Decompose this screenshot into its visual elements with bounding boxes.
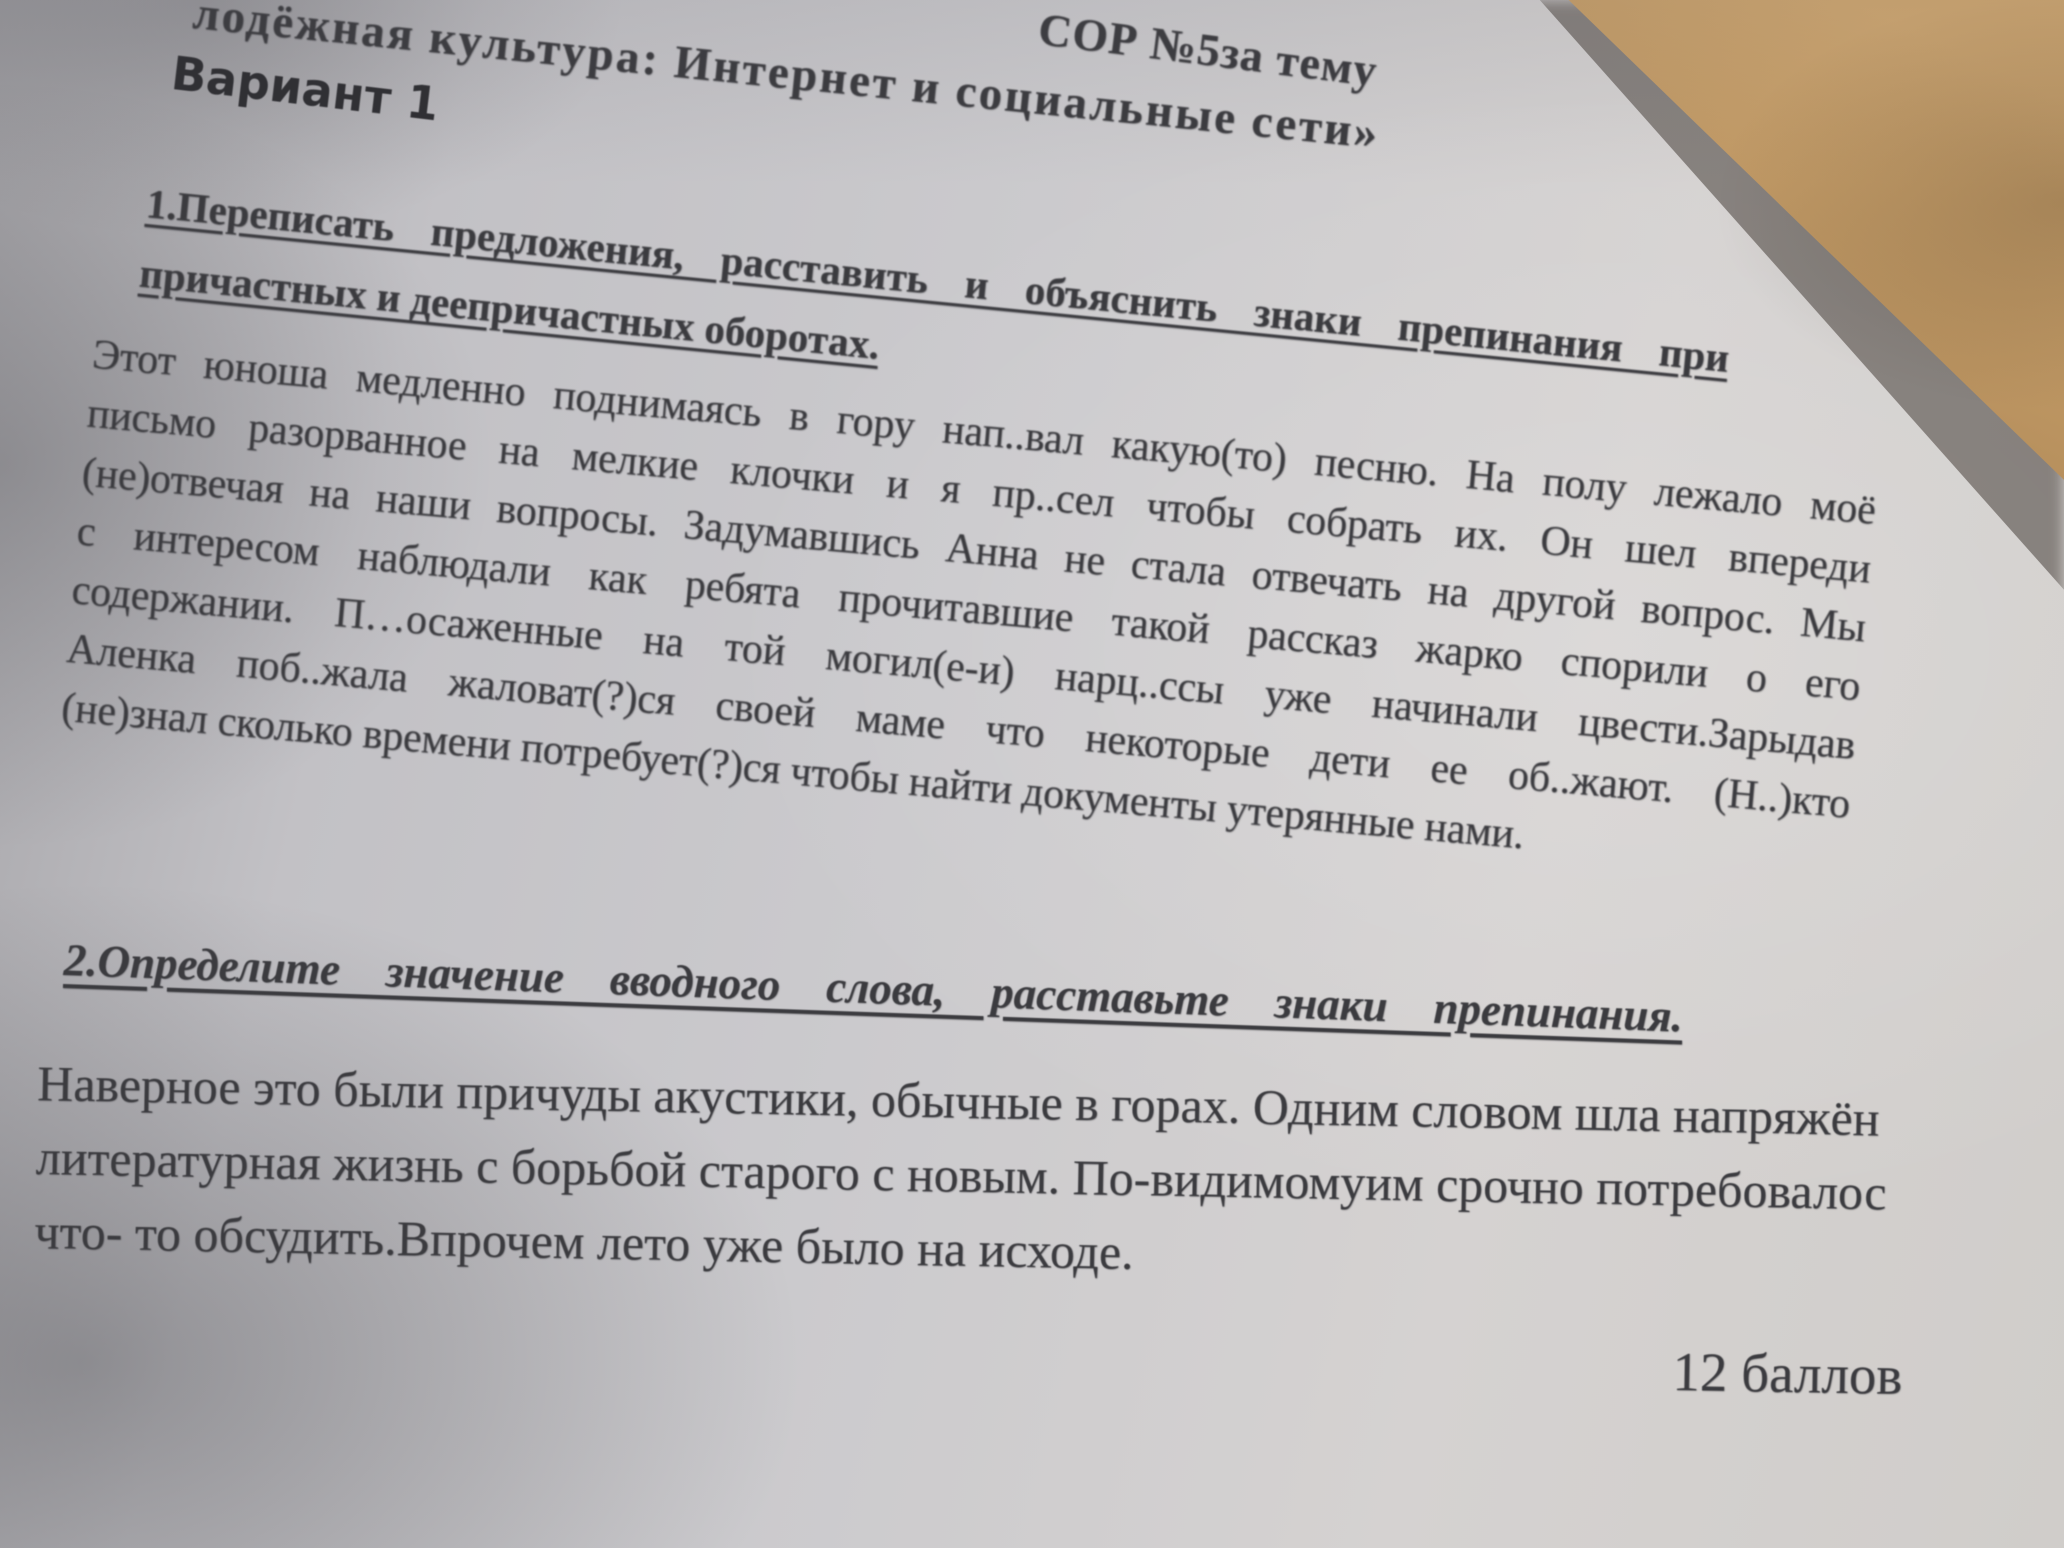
- task2-text: Наверное это были причуды акустики, обыч…: [34, 1046, 1889, 1303]
- photographed-test-paper: СОР №5за тему лодёжная культура: Интерне…: [0, 0, 2064, 1548]
- score-label: 12 баллов: [1672, 1340, 1903, 1407]
- task2-heading: 2.Определите значение вводного слова, ра…: [63, 928, 1684, 1048]
